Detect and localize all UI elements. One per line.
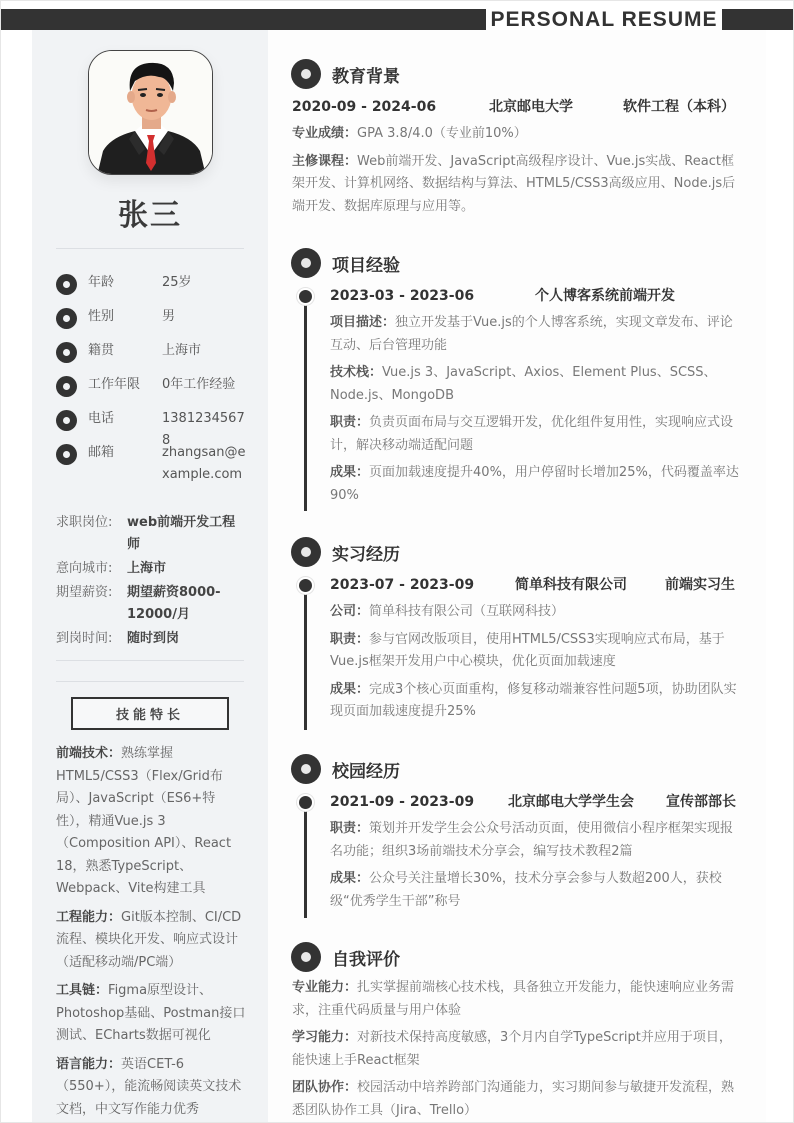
- item-text: 负责页面布局与交互逻辑开发，优化组件复用性，实现响应式设计，解决移动端适配问题: [330, 415, 733, 453]
- colon: ：: [382, 315, 395, 330]
- campus-body: 2021-09 - 2023-09 北京邮电大学学生会 宣传部部长 职责：策划并…: [330, 791, 740, 913]
- info-row-email: 邮箱 zhangsan@example.com: [56, 442, 256, 494]
- section-bullet-icon: [291, 942, 321, 972]
- item-text: 扎实掌握前端核心技术栈，具备独立开发能力，能快速响应业务需求，注重代码质量与用户…: [292, 980, 734, 1018]
- project-timeline: 2023-03 - 2023-06 个人博客系统前端开发 项目描述：独立开发基于…: [292, 285, 740, 511]
- section-title: 项目经验: [332, 251, 400, 276]
- period: 2021-09 - 2023-09: [330, 791, 508, 813]
- section-campus-header: 校园经历: [291, 754, 400, 784]
- item-label: 项目描述: [330, 315, 382, 330]
- item-label: 学习能力: [292, 1030, 344, 1045]
- colon: ：: [344, 1080, 357, 1095]
- candidate-name: 张三: [32, 190, 268, 234]
- section-title: 自我评价: [332, 945, 400, 970]
- avatar-portrait-icon: [89, 51, 213, 175]
- skill-item: 前端技术：熟练掌握HTML5/CSS3（Flex/Grid布局）、JavaScr…: [56, 743, 246, 901]
- self-eval-item: 学习能力：对新技术保持高度敏感，3个月内自学TypeScript并应用于项目，能…: [292, 1027, 740, 1072]
- job-intent-list: 求职岗位: web前端开发工程师 意向城市: 上海市 期望薪资: 期望薪资800…: [56, 512, 246, 652]
- job-label: 到岗时间:: [56, 628, 127, 650]
- section-projects-header: 项目经验: [291, 248, 400, 278]
- resume-title: PERSONAL RESUME: [491, 8, 718, 32]
- campus-item: 成果：公众号关注量增长30%，技术分享会参与人数超200人，获校级“优秀学生干部…: [330, 868, 740, 913]
- colon: ：: [356, 682, 369, 697]
- job-label: 意向城市:: [56, 558, 127, 580]
- campus-item: 职责：策划并开发学生会公众号活动页面，使用微信小程序框架实现报名功能；组织3场前…: [330, 818, 740, 863]
- colon: ：: [356, 465, 369, 480]
- internship-item: 成果：完成3个核心页面重构，修复移动端兼容性问题5项，协助团队实现页面加载速度提…: [330, 679, 740, 724]
- circle-bullet-icon: [56, 444, 77, 465]
- skill-label: 工具链: [56, 983, 95, 998]
- job-value: 上海市: [127, 558, 166, 580]
- period: 2023-03 - 2023-06: [330, 285, 535, 307]
- info-row-phone: 电话 13812345678: [56, 408, 256, 442]
- section-education-header: 教育背景: [291, 59, 400, 89]
- job-row-salary: 期望薪资: 期望薪资8000-12000/月: [56, 582, 246, 626]
- skill-label: 工程能力: [56, 910, 108, 925]
- item-text: 页面加载速度提升40%，用户停留时长增加25%，代码覆盖率达90%: [330, 465, 739, 503]
- main-content: 教育背景 2020-09 - 2024-06 北京邮电大学 软件工程（本科） 专…: [268, 30, 766, 1123]
- role: 宣传部部长: [666, 791, 736, 813]
- project-name: 个人博客系统前端开发: [535, 285, 675, 307]
- circle-bullet-icon: [56, 308, 77, 329]
- skill-label: 前端技术: [56, 746, 108, 761]
- internship-timeline: 2023-07 - 2023-09 简单科技有限公司 前端实习生 公司：简单科技…: [292, 574, 740, 730]
- item-label: 公司: [330, 604, 356, 619]
- avatar: [88, 50, 213, 175]
- project-header-row: 2023-03 - 2023-06 个人博客系统前端开发: [330, 285, 740, 307]
- internship-header-row: 2023-07 - 2023-09 简单科技有限公司 前端实习生: [330, 574, 740, 596]
- section-bullet-icon: [291, 248, 321, 278]
- self-eval-item: 团队协作：校园活动中培养跨部门沟通能力，实习期间参与敏捷开发流程，熟悉团队协作工…: [292, 1077, 740, 1122]
- info-row-experience: 工作年限 0年工作经验: [56, 374, 256, 408]
- item-label: 职责: [330, 415, 356, 430]
- colon: ：: [108, 1057, 121, 1072]
- project-item: 成果：页面加载速度提升40%，用户停留时长增加25%，代码覆盖率达90%: [330, 462, 740, 507]
- item-text: Web前端开发、JavaScript高级程序设计、Vue.js实战、React框…: [292, 154, 735, 214]
- job-label: 求职岗位:: [56, 512, 127, 556]
- divider: [56, 660, 244, 661]
- colon: ：: [369, 365, 382, 380]
- skill-item: 工具链：Figma原型设计、Photoshop基础、Postman接口测试、EC…: [56, 980, 246, 1048]
- section-bullet-icon: [291, 537, 321, 567]
- organization: 北京邮电大学学生会: [508, 791, 666, 813]
- section-title: 校园经历: [332, 757, 400, 782]
- company: 简单科技有限公司: [515, 574, 665, 596]
- section-bullet-icon: [291, 754, 321, 784]
- project-item: 职责：负责页面布局与交互逻辑开发，优化组件复用性，实现响应式设计，解决移动端适配…: [330, 412, 740, 457]
- info-label: 邮箱: [88, 442, 162, 464]
- item-text: 校园活动中培养跨部门沟通能力，实习期间参与敏捷开发流程，熟悉团队协作工具（Jir…: [292, 1080, 734, 1118]
- education-item: 专业成绩：GPA 3.8/4.0（专业前10%）: [292, 123, 740, 146]
- colon: ：: [344, 1030, 357, 1045]
- self-eval-block: 专业能力：扎实掌握前端核心技术栈，具备独立开发能力，能快速响应业务需求，注重代码…: [292, 972, 740, 1122]
- item-text: 简单科技有限公司（互联网科技）: [369, 604, 564, 619]
- campus-timeline: 2021-09 - 2023-09 北京邮电大学学生会 宣传部部长 职责：策划并…: [292, 791, 740, 918]
- project-item: 技术栈：Vue.js 3、JavaScript、Axios、Element Pl…: [330, 362, 740, 407]
- info-label: 性别: [88, 306, 162, 328]
- item-text: Vue.js 3、JavaScript、Axios、Element Plus、S…: [330, 365, 717, 403]
- item-label: 专业成绩: [292, 126, 344, 141]
- skills-list: 前端技术：熟练掌握HTML5/CSS3（Flex/Grid布局）、JavaScr…: [56, 743, 246, 1123]
- education-block: 2020-09 - 2024-06 北京邮电大学 软件工程（本科） 专业成绩：G…: [292, 96, 740, 218]
- job-label: 期望薪资:: [56, 582, 127, 626]
- timeline-dot-icon: [299, 579, 312, 592]
- colon: ：: [356, 632, 369, 647]
- job-row-availability: 到岗时间: 随时到岗: [56, 628, 246, 650]
- skills-heading-text: 技能特长: [116, 704, 184, 723]
- info-value: 上海市: [162, 340, 252, 362]
- skill-label: 语言能力: [56, 1057, 108, 1072]
- internship-item: 公司：简单科技有限公司（互联网科技）: [330, 601, 740, 624]
- section-title: 实习经历: [332, 540, 400, 565]
- education-item: 主修课程：Web前端开发、JavaScript高级程序设计、Vue.js实战、R…: [292, 151, 740, 219]
- section-internship-header: 实习经历: [291, 537, 400, 567]
- project-item: 项目描述：独立开发基于Vue.js的个人博客系统，实现文章发布、评论互动、后台管…: [330, 312, 740, 357]
- info-row-gender: 性别 男: [56, 306, 256, 340]
- job-row-position: 求职岗位: web前端开发工程师: [56, 512, 246, 556]
- role: 前端实习生: [665, 574, 735, 596]
- divider: [56, 681, 244, 682]
- campus-header-row: 2021-09 - 2023-09 北京邮电大学学生会 宣传部部长: [330, 791, 740, 813]
- skills-heading: 技能特长: [71, 697, 229, 730]
- item-label: 职责: [330, 632, 356, 647]
- item-text: 完成3个核心页面重构，修复移动端兼容性问题5项，协助团队实现页面加载速度提升25…: [330, 682, 737, 720]
- timeline-line: [304, 295, 307, 511]
- timeline-line: [304, 801, 307, 918]
- resume-page: PERSONAL RESUME: [0, 0, 794, 1123]
- section-self-eval-header: 自我评价: [291, 942, 400, 972]
- education-header-row: 2020-09 - 2024-06 北京邮电大学 软件工程（本科）: [292, 96, 740, 118]
- colon: ：: [95, 983, 108, 998]
- item-label: 技术栈: [330, 365, 369, 380]
- job-value: 随时到岗: [127, 628, 179, 650]
- section-title: 教育背景: [332, 62, 400, 87]
- info-value: 男: [162, 306, 252, 328]
- period: 2020-09 - 2024-06: [292, 96, 489, 118]
- info-label: 电话: [88, 408, 162, 430]
- colon: ：: [108, 910, 121, 925]
- info-label: 籍贯: [88, 340, 162, 362]
- item-label: 主修课程: [292, 154, 344, 169]
- divider: [56, 248, 244, 249]
- school: 北京邮电大学: [489, 96, 623, 118]
- job-value: web前端开发工程师: [127, 512, 246, 556]
- project-body: 2023-03 - 2023-06 个人博客系统前端开发 项目描述：独立开发基于…: [330, 285, 740, 507]
- info-row-age: 年龄 25岁: [56, 272, 256, 306]
- colon: ：: [356, 604, 369, 619]
- item-text: 对新技术保持高度敏感，3个月内自学TypeScript并应用于项目，能快速上手R…: [292, 1030, 732, 1068]
- info-value: 0年工作经验: [162, 374, 252, 396]
- major: 软件工程（本科）: [623, 96, 735, 118]
- colon: ：: [108, 746, 121, 761]
- item-text: 公众号关注量增长30%，技术分享会参与人数超200人，获校级“优秀学生干部”称号: [330, 871, 722, 909]
- info-row-hometown: 籍贯 上海市: [56, 340, 256, 374]
- internship-item: 职责：参与官网改版项目，使用HTML5/CSS3实现响应式布局，基于Vue.js…: [330, 629, 740, 674]
- internship-body: 2023-07 - 2023-09 简单科技有限公司 前端实习生 公司：简单科技…: [330, 574, 740, 724]
- timeline-dot-icon: [299, 796, 312, 809]
- info-label: 年龄: [88, 272, 162, 294]
- colon: ：: [344, 126, 357, 141]
- job-row-city: 意向城市: 上海市: [56, 558, 246, 580]
- item-label: 职责: [330, 821, 356, 836]
- info-label: 工作年限: [88, 374, 162, 396]
- section-bullet-icon: [291, 59, 321, 89]
- timeline-line: [304, 584, 307, 730]
- skill-text: 熟练掌握HTML5/CSS3（Flex/Grid布局）、JavaScript（E…: [56, 746, 231, 896]
- colon: ：: [344, 980, 357, 995]
- item-label: 专业能力: [292, 980, 344, 995]
- email-link[interactable]: zhangsan@example.com: [162, 442, 252, 486]
- timeline-dot-icon: [299, 290, 312, 303]
- skill-item: 工程能力：Git版本控制、CI/CD流程、模块化开发、响应式设计（适配移动端/P…: [56, 907, 246, 975]
- job-value: 期望薪资8000-12000/月: [127, 582, 246, 626]
- sidebar: 张三 年龄 25岁 性别 男 籍贯 上海市 工作年限 0年工作经验: [32, 30, 268, 1123]
- colon: ：: [356, 871, 369, 886]
- circle-bullet-icon: [56, 376, 77, 397]
- item-text: GPA 3.8/4.0（专业前10%）: [357, 126, 527, 141]
- item-label: 成果: [330, 682, 356, 697]
- item-label: 团队协作: [292, 1080, 344, 1095]
- circle-bullet-icon: [56, 342, 77, 363]
- item-text: 参与官网改版项目，使用HTML5/CSS3实现响应式布局，基于Vue.js框架开…: [330, 632, 725, 670]
- personal-info-list: 年龄 25岁 性别 男 籍贯 上海市 工作年限 0年工作经验 电话 13: [56, 272, 256, 494]
- circle-bullet-icon: [56, 274, 77, 295]
- colon: ：: [356, 415, 369, 430]
- skill-item: 语言能力：英语CET-6（550+），能流畅阅读英文技术文档，中文写作能力优秀: [56, 1054, 246, 1122]
- item-text: 策划并开发学生会公众号活动页面，使用微信小程序框架实现报名功能；组织3场前端技术…: [330, 821, 733, 859]
- colon: ：: [344, 154, 357, 169]
- item-label: 成果: [330, 465, 356, 480]
- item-label: 成果: [330, 871, 356, 886]
- circle-bullet-icon: [56, 410, 77, 431]
- period: 2023-07 - 2023-09: [330, 574, 515, 596]
- info-value: 25岁: [162, 272, 252, 294]
- self-eval-item: 专业能力：扎实掌握前端核心技术栈，具备独立开发能力，能快速响应业务需求，注重代码…: [292, 977, 740, 1022]
- colon: ：: [356, 821, 369, 836]
